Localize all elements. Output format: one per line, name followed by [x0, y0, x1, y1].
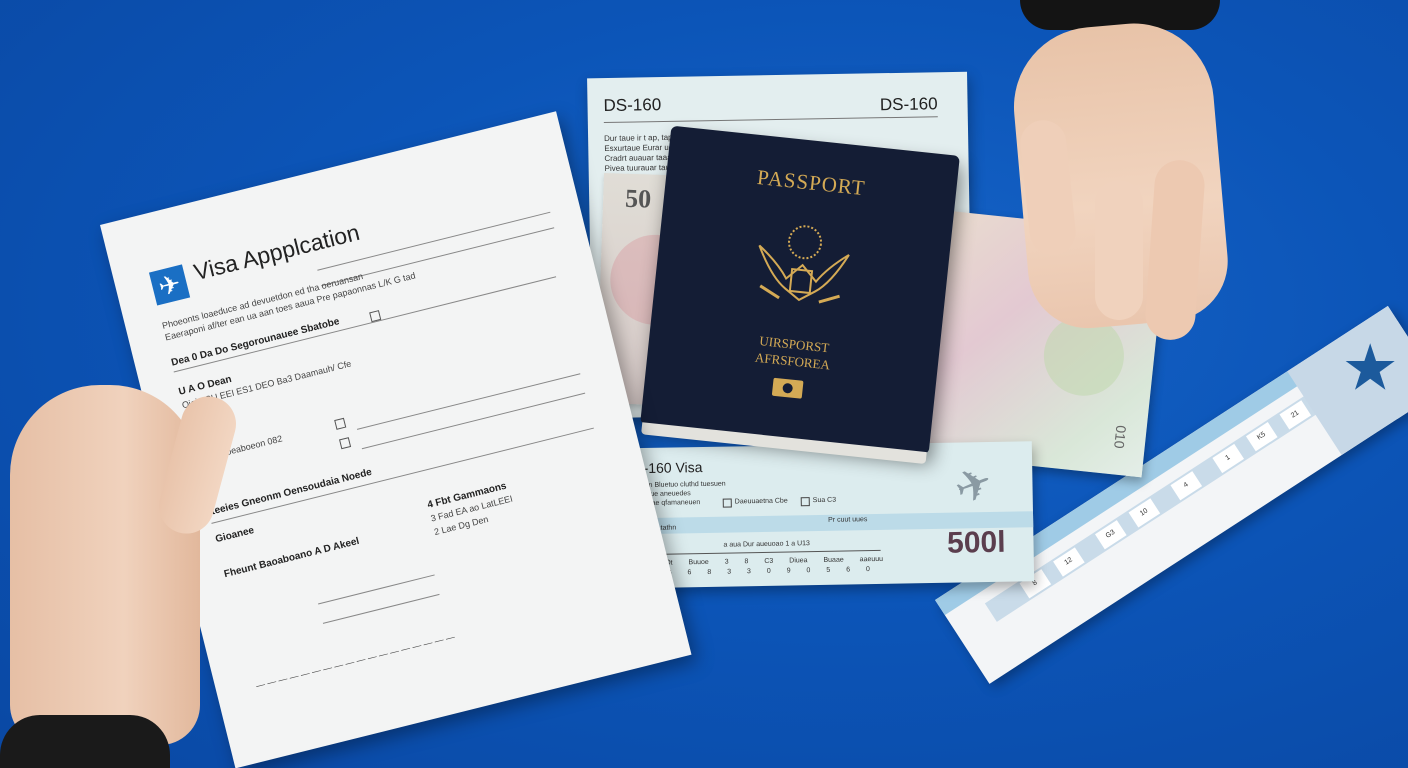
form-section-heading: Gioanee — [214, 525, 255, 545]
passport: PASSPORT UIRSPORST AFRSFOREA — [640, 126, 960, 455]
slip-amount: 500l — [947, 526, 1006, 561]
right-finger — [1095, 180, 1143, 320]
star-plane-icon: ★ — [1341, 336, 1398, 400]
passport-subtitle: UIRSPORST AFRSFOREA — [647, 321, 939, 385]
slip-checkbox-label: Sua C3 — [813, 497, 836, 504]
ds160-title-right: DS-160 — [880, 94, 938, 115]
passport-title: PASSPORT — [666, 156, 957, 211]
eagle-seal-icon — [742, 215, 862, 326]
left-hand — [10, 385, 200, 745]
form-section-heading: Fheunt Baoaboano A D Akeel — [223, 536, 360, 580]
left-sleeve — [0, 715, 170, 768]
slip-line: a aua Dur aueuoao 1 a U13 — [723, 540, 810, 549]
form-section-heading: Iteeies Gneonm Oensoudaia Noede — [208, 467, 374, 518]
ds160-title-left: DS-160 — [603, 95, 661, 116]
banknote-denomination: 50 — [625, 184, 652, 215]
slip-checkbox-label: Daeuuaetna Cbe — [735, 498, 788, 506]
slip-line: Pr cuut uues — [828, 516, 867, 524]
airplane-icon: ✈ — [948, 455, 1001, 516]
biometric-chip-icon — [772, 378, 804, 399]
banknote-serial: 010 — [1111, 424, 1129, 449]
airplane-icon: ✈ — [149, 264, 190, 305]
